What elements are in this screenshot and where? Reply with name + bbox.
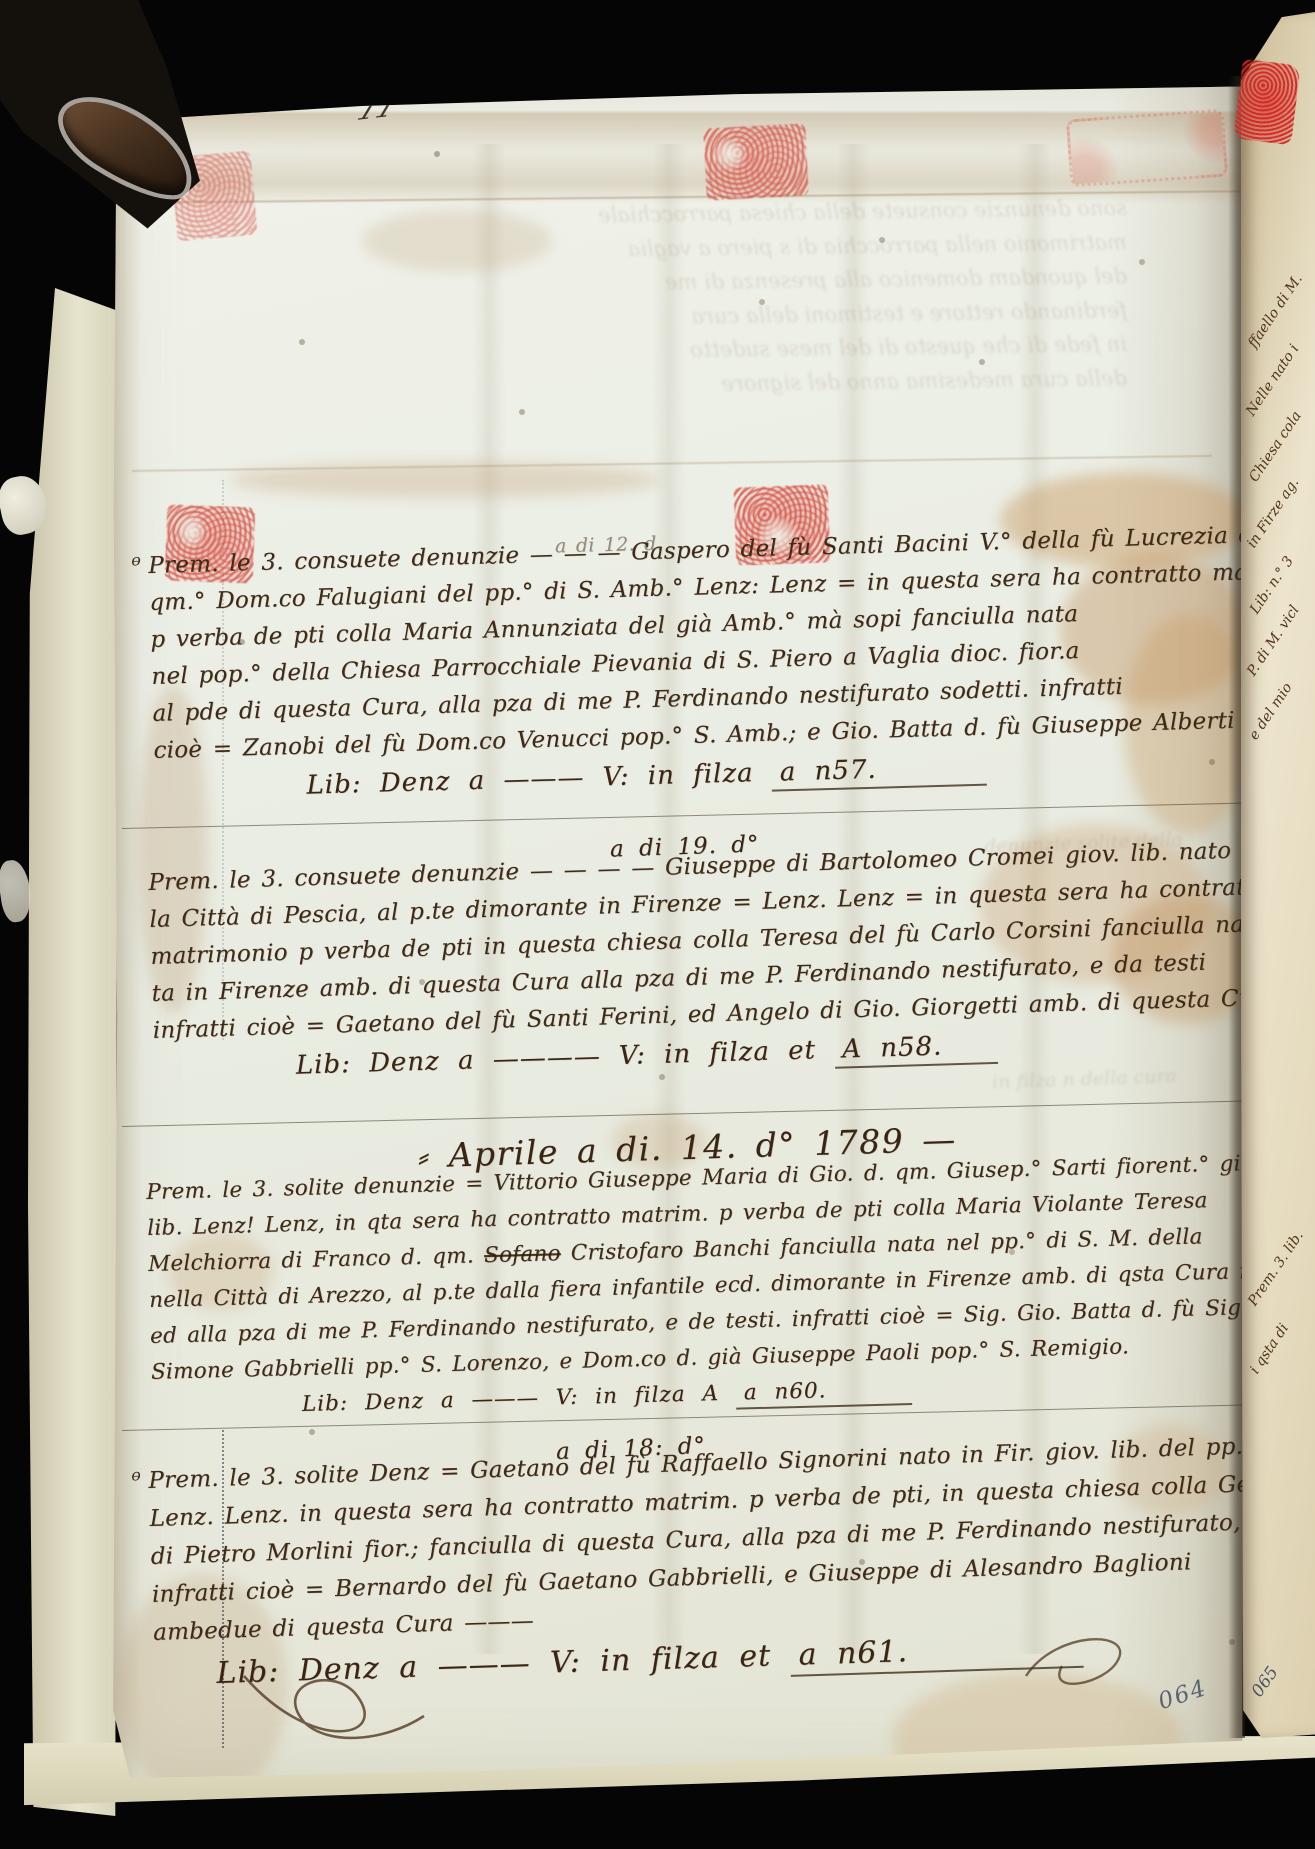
- facing-text-fragment: ffaello di M.: [1245, 271, 1306, 350]
- struck-word: Sofano: [484, 1241, 561, 1268]
- pen-flourish: [1016, 1624, 1151, 1709]
- facing-text-fragment: i qsta di: [1247, 1321, 1292, 1377]
- facing-text-fragment: e del mio: [1246, 680, 1296, 743]
- facing-text-fragment: P. di M. vicl: [1244, 603, 1303, 679]
- manuscript-page: 11 sono denunzie consuete della chiesa p…: [112, 84, 1248, 1778]
- filza-number: a n60.: [735, 1376, 911, 1410]
- stamp-void: [176, 513, 207, 550]
- manuscript-photo: { "photo": { "folio_number": "11", "arch…: [0, 0, 1315, 1849]
- facing-text-fragment: Chiesa cola: [1246, 408, 1305, 485]
- page-top-edge-highlight: [152, 84, 1232, 87]
- stamp-void: [712, 137, 748, 173]
- facing-page-edge: ffaello di M. Nelle nato i Chiesa cola i…: [1241, 12, 1315, 1738]
- paraph-mark: ɵ: [131, 550, 141, 569]
- facing-text-fragment: Prem. 3. lib.: [1245, 1228, 1307, 1309]
- facing-page-number: 065: [1248, 1663, 1283, 1701]
- facing-text-fragment: Nelle nato i: [1243, 342, 1302, 419]
- ink-stain: [230, 462, 660, 498]
- register-entry-2: Prem. le 3. consuete denunzie — — — — Gi…: [148, 837, 1248, 1099]
- facing-text-fragment: in Firze ag.: [1244, 475, 1302, 551]
- paraph-mark: ɵ: [131, 1465, 141, 1484]
- register-entry-1: ɵ Prem. le 3. consuete denunzie — — — Ga…: [148, 522, 1248, 819]
- filza-number: A n58.: [834, 1030, 998, 1069]
- red-stamp-outline: [1066, 109, 1228, 188]
- signature-flourish: [232, 1664, 452, 1774]
- bleedthrough-text-block: sono denunzie consuete della chiesa parr…: [227, 202, 1127, 406]
- filza-number: a n57.: [771, 752, 987, 792]
- red-ink-stamp-bright: [1233, 59, 1300, 145]
- register-entry-3: Prem. le 3. solite denunzie = Vittorio G…: [146, 1151, 1248, 1432]
- red-ink-stamp: [703, 123, 809, 200]
